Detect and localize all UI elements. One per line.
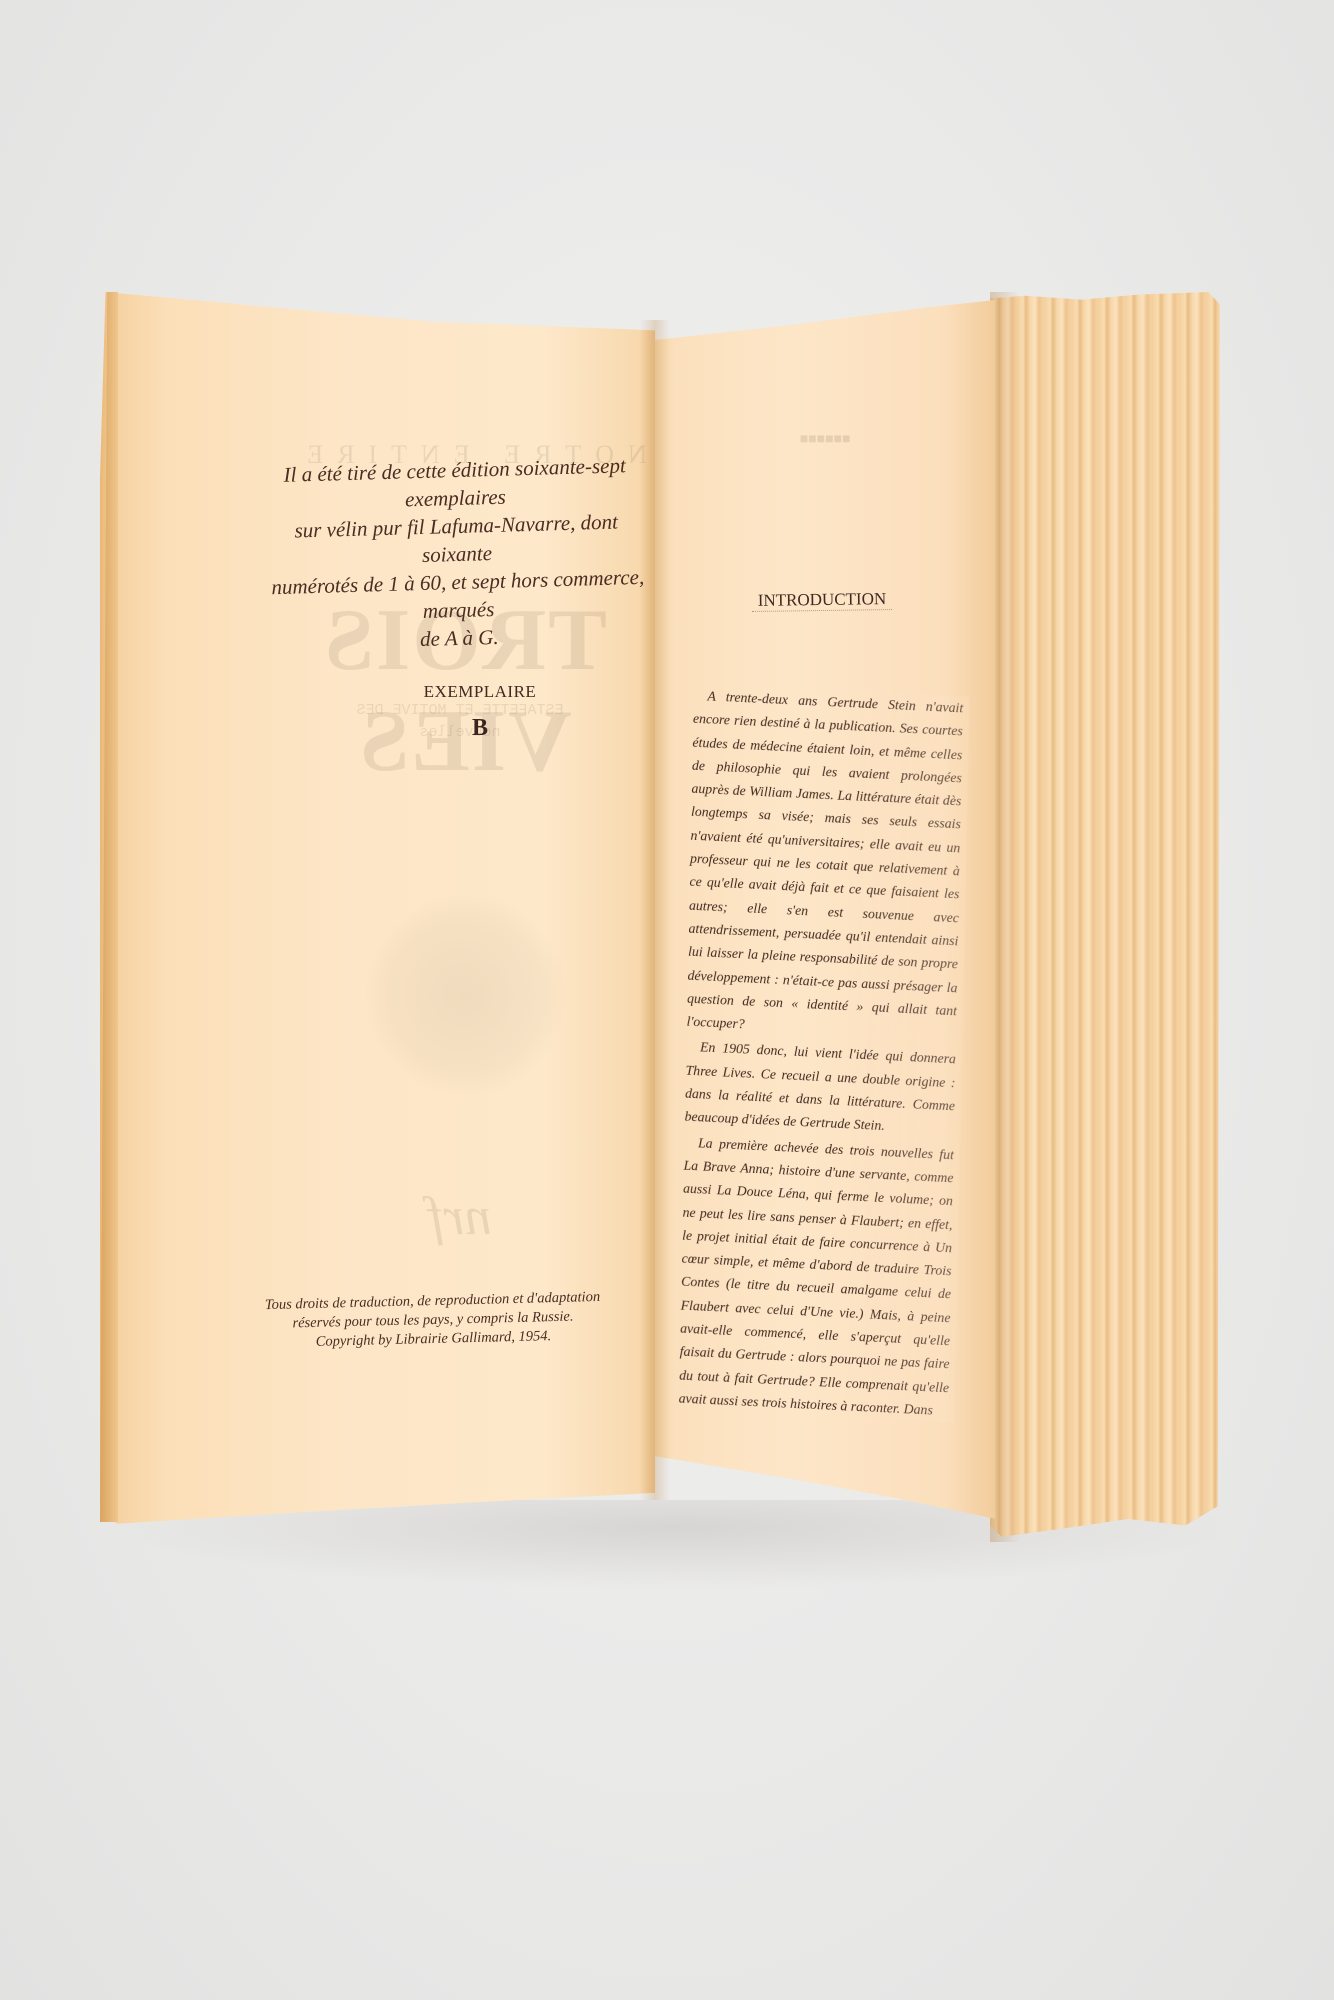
copyright-notice: Tous droits de traduction, de reproducti… bbox=[237, 1287, 628, 1354]
introduction-body: A trente-deux ans Gertrude Stein n'avait… bbox=[678, 684, 963, 1423]
introduction-paragraph: A trente-deux ans Gertrude Stein n'avait… bbox=[686, 684, 963, 1046]
introduction-paragraph: La première achevée des trois nouvelles … bbox=[678, 1130, 954, 1422]
introduction-heading: INTRODUCTION bbox=[752, 589, 892, 612]
publisher-logo-icon: nrf bbox=[400, 1185, 520, 1247]
introduction-paragraph: En 1905 donc, lui vient l'idée qui donne… bbox=[684, 1035, 956, 1141]
justification-notice: Il a été tiré de cette édition soixante-… bbox=[259, 451, 654, 658]
book-photograph: NOTRE ENTIRE TROIS VIES ESTAFETTE ET MOT… bbox=[0, 0, 1334, 2000]
exemplaire-label: EXEMPLAIRE bbox=[400, 682, 560, 702]
page-block-fore-edge bbox=[990, 292, 1220, 1557]
show-through-running-head: ■■■■■■ bbox=[765, 432, 885, 448]
exemplaire-letter: B bbox=[455, 715, 505, 742]
ornament-icon bbox=[365, 895, 565, 1095]
